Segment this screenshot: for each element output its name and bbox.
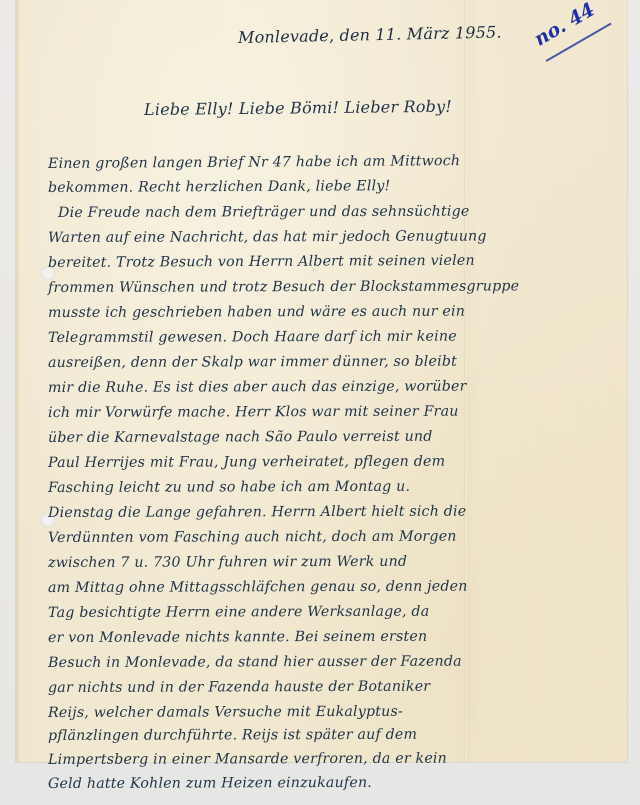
letter-line: ausreißen, denn der Skalp war immer dünn… [48, 354, 457, 371]
letter-line: pflänzlingen durchführte. Reijs ist spät… [48, 727, 417, 744]
letter-line: Paul Herrijes mit Frau, Jung verheiratet… [48, 454, 445, 471]
letter-line: gar nichts und in der Fazenda hauste der… [48, 679, 430, 696]
letter-line: Warten auf eine Nachricht, das hat mir j… [48, 228, 487, 246]
letter-line: Fasching leicht zu und so habe ich am Mo… [48, 479, 410, 496]
letter-line: musste ich geschrieben haben und wäre es… [48, 304, 465, 321]
letter-line: Besuch in Monlevade, da stand hier ausse… [48, 654, 462, 671]
letter-line: Limpertsberg in einer Mansarde verfroren… [48, 751, 447, 768]
letter-line: Die Freude nach dem Briefträger und das … [58, 204, 470, 221]
letter-dateline: Monlevade, den 11. März 1955. [238, 22, 502, 47]
letter-line: Tag besichtigte Herrn eine andere Werksa… [48, 604, 429, 621]
letter-line: Telegrammstil gewesen. Doch Haare darf i… [48, 329, 457, 346]
letter-line: Reijs, welcher damals Versuche mit Eukal… [48, 704, 403, 721]
letter-line: er von Monlevade nichts kannte. Bei sein… [48, 629, 427, 646]
letter-salutation: Liebe Elly! Liebe Bömi! Lieber Roby! [144, 97, 452, 119]
letter-line: Verdünnten vom Fasching auch nicht, doch… [48, 529, 457, 546]
letter-line: zwischen 7 u. 730 Uhr fuhren wir zum Wer… [48, 554, 407, 571]
letter-line: über die Karnevalstage nach São Paulo ve… [48, 429, 433, 446]
letter-line: bekommen. Recht herzlichen Dank, liebe E… [48, 178, 391, 196]
letter-line: bereitet. Trotz Besuch von Herrn Albert … [48, 253, 475, 271]
letter-line: am Mittag ohne Mittagsschläfchen genau s… [48, 579, 468, 596]
letter-line: Einen großen langen Brief Nr 47 habe ich… [48, 153, 460, 172]
letter-line: mir die Ruhe. Es ist dies aber auch das … [48, 379, 467, 396]
letter-line: ich mir Vorwürfe mache. Herr Klos war mi… [48, 404, 459, 421]
archive-number-annotation: no. 44 [531, 0, 599, 51]
letter-page: Monlevade, den 11. März 1955. no. 44 Lie… [16, 0, 627, 762]
letter-line: Geld hatte Kohlen zum Heizen einzukaufen… [48, 775, 372, 792]
letter-line: Dienstag die Lange gefahren. Herrn Alber… [48, 504, 466, 521]
letter-line: frommen Wünschen und trotz Besuch der Bl… [48, 278, 519, 296]
